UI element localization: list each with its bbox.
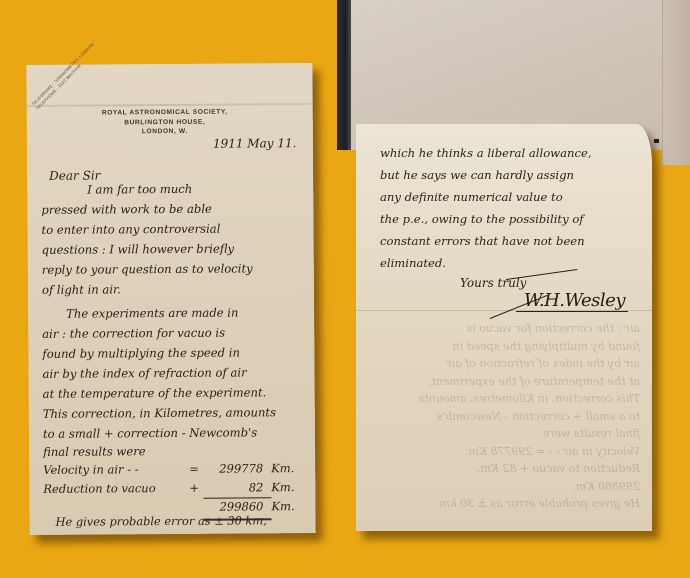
body-line: eliminated. <box>380 256 446 270</box>
calc-row-air: Velocity in air - - = 299778 Km. <box>43 461 311 482</box>
ghost-line: found by multiplying the speed in <box>370 338 640 356</box>
ghost-line: air by the index of refraction of air <box>370 355 640 373</box>
telephone-line: Telephone : 3322 Mayfair. <box>35 42 104 112</box>
body-line: any definite numerical value to <box>380 190 563 204</box>
telegram-address-block: Telegrams : "Uranometry, London." Teleph… <box>31 37 104 111</box>
body-line: The experiments are made in <box>66 306 238 321</box>
letter-page-2: which he thinks a liberal allowance, but… <box>356 124 652 531</box>
ghost-line: Reduction to vacuo + 82 Km. <box>370 460 640 478</box>
folder-pin-mark <box>654 139 659 143</box>
body-line: questions : I will however briefly <box>42 242 235 257</box>
body-line: pressed with work to be able <box>41 202 212 217</box>
letter-salutation: Dear Sir <box>49 168 100 182</box>
body-line: found by multiplying the speed in <box>42 346 240 361</box>
body-line: but he says we can hardly assign <box>380 168 574 182</box>
calc-label: Velocity in air - - <box>43 462 139 477</box>
ghost-line: This correction, in Kilometres, amounts <box>370 390 640 408</box>
body-line: This correction, in Kilometres, amounts <box>43 405 276 421</box>
body-line: of light in air. <box>42 282 121 297</box>
body-line: to enter into any controversial <box>41 222 220 237</box>
letterhead: ROYAL ASTRONOMICAL SOCIETY, BURLINGTON H… <box>65 107 265 137</box>
body-line: final results were <box>43 444 146 459</box>
calc-unit: Km. <box>271 480 294 494</box>
ghost-line: 299860 Km. <box>370 478 640 496</box>
calc-value: 299778 <box>193 461 263 475</box>
folder-right-flap <box>662 0 690 165</box>
ghost-line: Velocity in air - - = 299778 Km. <box>370 443 640 461</box>
ghost-line: final results were <box>370 425 640 443</box>
telegram-line: Telegrams : "Uranometry, London." <box>31 37 100 107</box>
ghost-line: air : the correction for vacuo is <box>370 320 640 338</box>
ghost-line: to a small + correction - Newcomb's <box>370 408 640 426</box>
calc-unit: Km. <box>271 499 294 513</box>
body-line: constant errors that have not been <box>380 234 585 248</box>
calc-value: 82 <box>193 480 263 494</box>
calc-label: Reduction to vacuo <box>43 481 155 496</box>
body-line: the p.e., owing to the possibility of <box>380 212 584 226</box>
show-through-text: air : the correction for vacuo is found … <box>370 320 640 513</box>
body-line: air by the index of refraction of air <box>42 365 246 380</box>
ghost-line: at the temperature of the experiment, <box>370 373 640 391</box>
body-line: which he thinks a liberal allowance, <box>380 146 592 160</box>
letter-page-1: Telegrams : "Uranometry, London." Teleph… <box>26 63 315 535</box>
signature-flourish <box>506 269 577 280</box>
body-line: reply to your question as to velocity <box>42 261 253 276</box>
velocity-calculation: Velocity in air - - = 299778 Km. Reducti… <box>43 461 311 520</box>
calc-row-reduction: Reduction to vacuo + 82 Km. <box>43 480 311 501</box>
body-line: I am far too much <box>87 182 192 197</box>
body-line: air : the correction for vacuo is <box>42 326 225 341</box>
calc-unit: Km. <box>271 461 294 475</box>
paper-fold-line <box>27 103 313 107</box>
body-line: to a small + correction - Newcomb's <box>43 425 257 440</box>
calc-total-value: 299860 <box>193 499 263 513</box>
signature-underline <box>516 311 628 312</box>
probable-error-line: He gives probable error as ± 30 km, <box>56 513 267 528</box>
signature: W.H.Wesley <box>524 290 625 311</box>
letter-date: 1911 May 11. <box>213 136 297 151</box>
ghost-line: He gives probable error as ± 30 km <box>370 495 640 513</box>
body-line: at the temperature of the experiment. <box>43 385 267 401</box>
folder-spine-edge <box>337 0 351 150</box>
